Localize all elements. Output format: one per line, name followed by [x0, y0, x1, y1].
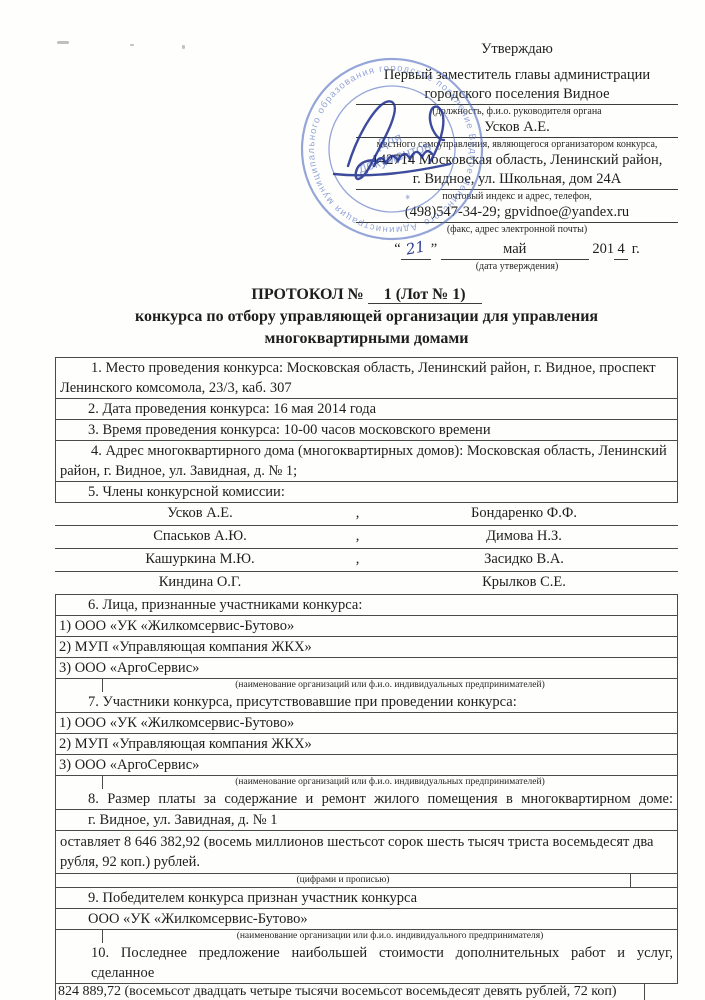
item-4-row: 4. Адрес многоквартирного дома (многоква…: [56, 440, 677, 481]
item-1-line2: Ленинского комсомола, 23/3, каб. 307: [59, 378, 677, 398]
participant-row: 1) ООО «УК «Жилкомсервис-Бутово»: [56, 615, 677, 636]
title-line3: многоквартирными домами: [55, 328, 678, 350]
commission-row: Кашуркина М.Ю. , Засидко В.А.: [55, 549, 678, 572]
separator: [345, 572, 370, 594]
commission-member: Крылков С.Е.: [370, 572, 678, 594]
orgs-caption: (наименование организаций или ф.и.о. инд…: [102, 776, 677, 789]
orgs-caption-row: (наименование организаций или ф.и.о. инд…: [56, 775, 677, 789]
commission-member: Кашуркина М.Ю.: [55, 549, 345, 571]
protocol-body: 1. Место проведения конкурса: Московская…: [55, 357, 678, 1000]
caption-address: почтовый индекс и адрес, телефон,: [356, 190, 678, 203]
approve-word: Утверждаю: [356, 40, 678, 59]
approver-position-line2: городского поселения Видное: [356, 85, 678, 105]
approval-date-line: “21” май 2014 г.: [356, 239, 678, 260]
orgs-caption-row: (наименование организаций или ф.и.о. инд…: [56, 678, 677, 692]
approver-name: Усков А.Е.: [356, 118, 678, 138]
item-6-row: 6. Лица, признанные участниками конкурса…: [56, 595, 677, 615]
approval-block: Утверждаю Первый заместитель главы админ…: [356, 40, 678, 273]
commission-member: Спаськов А.Ю.: [55, 526, 345, 548]
participant-row: 3) ООО «АргоСервис»: [56, 657, 677, 678]
item-5-row: 5. Члены конкурсной комиссии:: [56, 481, 677, 502]
scan-artifact: [182, 45, 185, 49]
commission-member: Засидко В.А.: [370, 549, 678, 571]
items-1-5-table: 1. Место проведения конкурса: Московская…: [55, 357, 678, 503]
contract-sum-line1: оставляет 8 646 382,92 (восемь миллионов…: [60, 832, 673, 852]
year-prefix: 201: [592, 241, 614, 257]
participant-row: 3) ООО «АргоСервис»: [56, 754, 677, 775]
separator: ,: [345, 526, 370, 548]
item-1-line1: 1. Место проведения конкурса: Московская…: [59, 358, 677, 378]
caption-spacer: [56, 679, 102, 692]
item-2-row: 2. Дата проведения конкурса: 16 мая 2014…: [56, 398, 677, 419]
year-digit: 4: [614, 240, 628, 260]
winner-row: ООО «УК «Жилкомсервис-Бутово»: [56, 908, 677, 929]
separator: ,: [345, 549, 370, 571]
orgs-caption: (наименование организаций или ф.и.о. инд…: [102, 679, 677, 692]
item-8-row: 8. Размер платы за содержание и ремонт ж…: [56, 789, 677, 809]
caption-spacer: [56, 930, 102, 943]
commission-members-list: Усков А.Е. , Бондаренко Ф.Ф. Спаськов А.…: [55, 503, 678, 595]
item-8-address-row: г. Видное, ул. Завидная, д. № 1: [56, 809, 677, 830]
organizer-contacts: (498)547-34-29; gpvidnoe@yandex.ru: [356, 203, 678, 223]
protocol-number: 1 (Лот № 1): [368, 286, 482, 304]
caption-spacer: [56, 776, 102, 789]
digits-caption: (цифрами и прописью): [56, 874, 631, 887]
commission-row: Спаськов А.Ю. , Димова Н.З.: [55, 526, 678, 549]
caption-approval-date: (дата утверждения): [356, 260, 678, 273]
approver-position-line1: Первый заместитель главы администрации: [356, 66, 678, 85]
caption-organizer: местного самоуправления, являющегося орг…: [356, 138, 678, 151]
separator: ,: [345, 503, 370, 525]
title-line1: ПРОТОКОЛ № 1 (Лот № 1): [55, 284, 678, 306]
additional-works-sum-row: 824 889,72 (восемьсот двадцать четыре ты…: [55, 984, 645, 1000]
commission-member: Бондаренко Ф.Ф.: [370, 503, 678, 525]
commission-member: Киндина О.Г.: [55, 572, 345, 594]
handwritten-day: 21: [405, 237, 427, 259]
commission-row: Киндина О.Г. Крылков С.Е.: [55, 572, 678, 595]
participant-row: 1) ООО «УК «Жилкомсервис-Бутово»: [56, 712, 677, 733]
item-3-row: 3. Время проведения конкурса: 10-00 часо…: [56, 419, 677, 440]
digits-caption-row: (цифрами и прописью): [55, 874, 678, 888]
title-line2: конкурса по отбору управляющей организац…: [55, 306, 678, 328]
item-4-line1: 4. Адрес многоквартирного дома (многоква…: [59, 441, 677, 461]
item-9-row: 9. Победителем конкурса признан участник…: [56, 888, 677, 908]
organizer-address-line1: 142714 Московская область, Ленинский рай…: [356, 151, 678, 170]
caption-contacts: (факс, адрес электронной почты): [356, 223, 678, 236]
commission-member: Усков А.Е.: [55, 503, 345, 525]
item-1-row: 1. Место проведения конкурса: Московская…: [56, 358, 677, 398]
scan-artifact: [57, 41, 69, 44]
contract-sum-line2: рубля, 92 коп.) рублей.: [60, 852, 673, 872]
items-9-10-table: 9. Победителем конкурса признан участник…: [55, 888, 678, 984]
year-suffix: г.: [632, 241, 640, 257]
scan-artifact: [130, 44, 134, 46]
commission-member: Димова Н.З.: [370, 526, 678, 548]
organizer-address-line2: г. Видное, ул. Школьная, дом 24А: [356, 170, 678, 190]
org-single-caption-row: (наименование организации или ф.и.о. инд…: [56, 929, 677, 943]
org-single-caption: (наименование организации или ф.и.о. инд…: [102, 930, 677, 943]
participant-row: 2) МУП «Управляющая компания ЖКХ»: [56, 636, 677, 657]
document-title: ПРОТОКОЛ № 1 (Лот № 1) конкурса по отбор…: [55, 284, 678, 350]
items-6-8-table: 6. Лица, признанные участниками конкурса…: [55, 595, 678, 831]
item-10-row: 10. Последнее предложение наибольшей сто…: [56, 943, 677, 983]
approval-month: май: [441, 240, 589, 260]
commission-row: Усков А.Е. , Бондаренко Ф.Ф.: [55, 503, 678, 526]
contract-sum-box: оставляет 8 646 382,92 (восемь миллионов…: [55, 831, 678, 874]
caption-tail-cell: [631, 874, 677, 887]
item-4-line2: район, г. Видное, ул. Завидная, д. № 1;: [59, 461, 677, 481]
caption-position: (должность, ф.и.о. руководителя органа: [356, 105, 678, 118]
participant-row: 2) МУП «Управляющая компания ЖКХ»: [56, 733, 677, 754]
scanned-protocol-document: Утверждаю Первый заместитель главы админ…: [0, 0, 705, 1000]
item-10-line1: 10. Последнее предложение наибольшей сто…: [59, 943, 677, 983]
quote-close: ”: [431, 241, 437, 257]
protocol-label: ПРОТОКОЛ №: [251, 286, 363, 303]
item-7-row: 7. Участники конкурса, присутствовавшие …: [56, 692, 677, 712]
